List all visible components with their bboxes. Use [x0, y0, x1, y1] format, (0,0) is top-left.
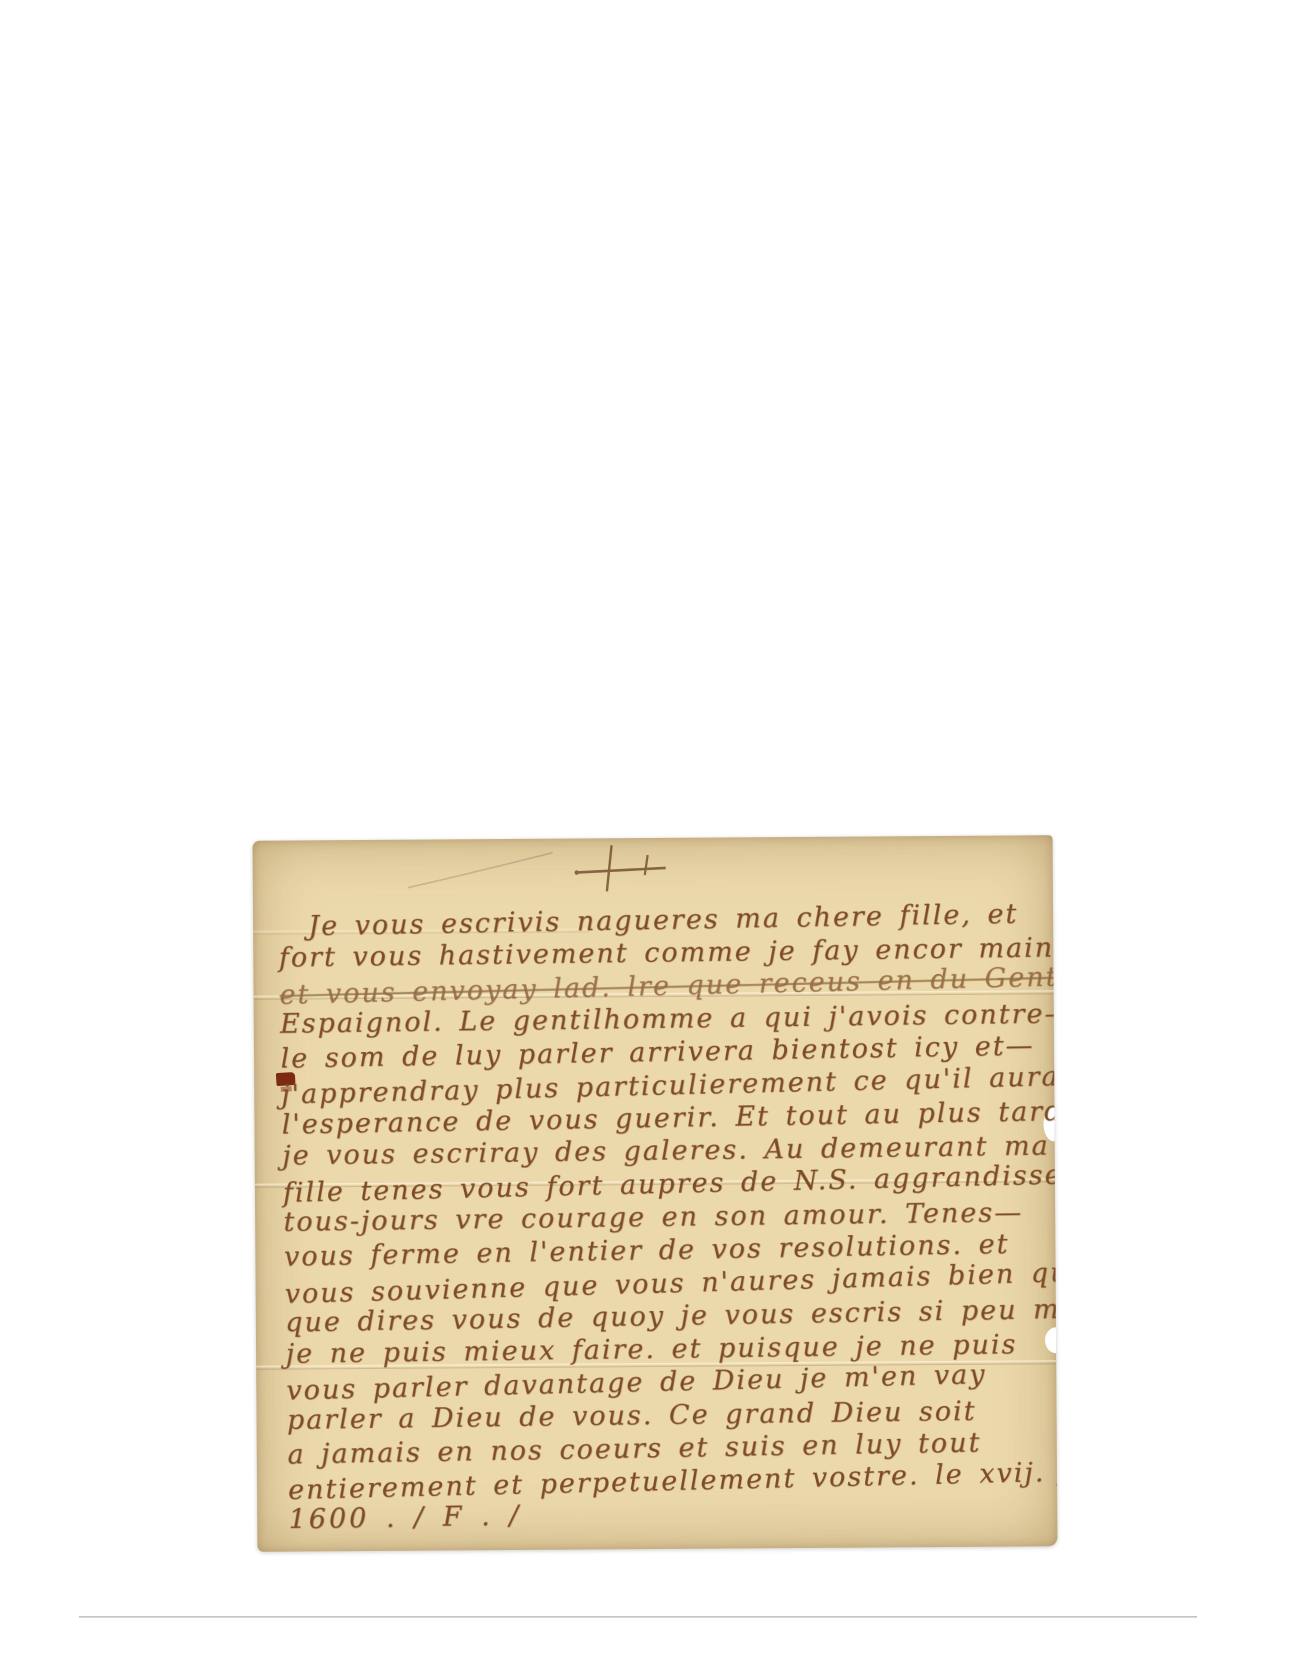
manuscript-line: 1600 . / F . /	[288, 1500, 521, 1535]
handwritten-text: Je vous escrivis nagueres ma chere fille…	[253, 835, 1058, 1552]
divider-line	[79, 1616, 1197, 1618]
manuscript-page: Je vous escrivis nagueres ma chere fille…	[253, 835, 1058, 1552]
page: { "page": { "background_color": "#ffffff…	[0, 0, 1301, 1672]
